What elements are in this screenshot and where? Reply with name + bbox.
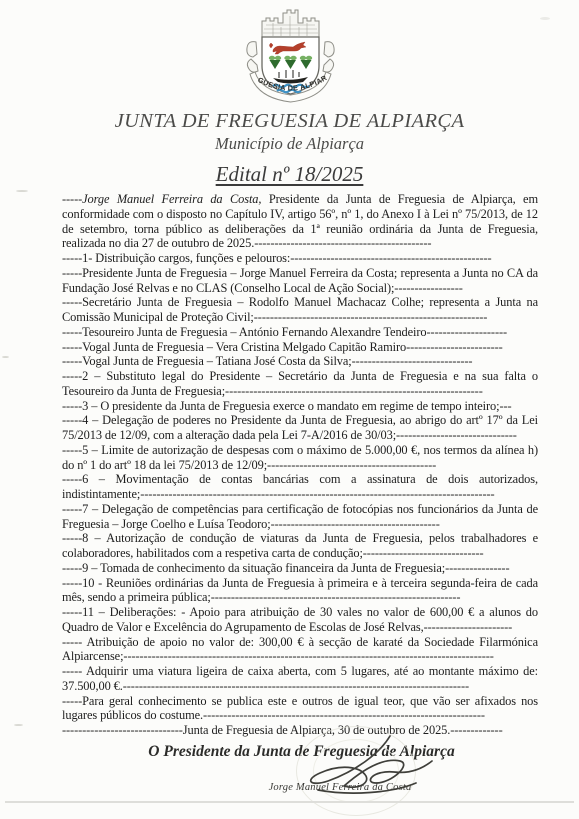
grape-bunches-icon <box>268 56 311 69</box>
municipality-name: Município de Alpiarça <box>0 134 579 153</box>
paragraph: -----9 – Tomada de conhecimento da situa… <box>62 561 538 576</box>
signer-name-inline: -----Jorge Manuel Ferreira da Costa, <box>62 192 261 206</box>
mural-crown-icon <box>262 10 319 37</box>
paragraph: -----3 – O presidente da Junta de Fregue… <box>62 399 538 414</box>
scan-edge-line <box>5 801 574 803</box>
coat-of-arms-graphic: FREGUESIA DE ALPIARÇA <box>229 4 351 106</box>
paragraph: -----Tesoureiro Junta de Freguesia – Ant… <box>62 325 538 340</box>
paragraph: -----11 – Deliberações: - Apoio para atr… <box>62 605 538 635</box>
signature-icon <box>262 733 448 805</box>
paragraph: -----7 – Delegação de competências para … <box>62 502 538 532</box>
document-body: -----Jorge Manuel Ferreira da Costa, Pre… <box>62 192 538 738</box>
paragraph: -----1- Distribuição cargos, funções e p… <box>62 251 538 266</box>
scanned-edital-page: FREGUESIA DE ALPIARÇA JUNTA DE FREGUESIA… <box>0 0 579 819</box>
paragraph: -----Vogal Junta de Freguesia – Tatiana … <box>62 354 538 369</box>
signer-name: Jorge Manuel Ferreira da Costa <box>252 782 428 793</box>
scan-artifact <box>2 356 9 358</box>
scan-artifact <box>14 724 23 726</box>
paragraph: -----Secretário Junta de Freguesia – Rod… <box>62 295 538 325</box>
paragraph: -----8 – Autorização de condução de viat… <box>62 531 538 561</box>
paragraph: -----Para geral conhecimento se publica … <box>62 694 538 724</box>
coat-of-arms: FREGUESIA DE ALPIARÇA <box>229 4 351 106</box>
handwritten-signature <box>262 733 448 805</box>
paragraph-intro: -----Jorge Manuel Ferreira da Costa, Pre… <box>62 192 538 251</box>
org-name: JUNTA DE FREGUESIA DE ALPIARÇA <box>0 110 579 133</box>
paragraph: -----10 - Reuniões ordinárias da Junta d… <box>62 576 538 606</box>
paragraph: -----Vogal Junta de Freguesia – Vera Cri… <box>62 340 538 355</box>
scan-artifact <box>540 17 550 20</box>
edital-title: Edital nº 18/2025 <box>216 162 364 187</box>
document-header: JUNTA DE FREGUESIA DE ALPIARÇA Município… <box>0 110 579 187</box>
scan-artifact <box>16 190 28 192</box>
paragraph: -----4 – Delegação de poderes no Preside… <box>62 413 538 443</box>
paragraph: -----Presidente Junta de Freguesia – Jor… <box>62 266 538 296</box>
paragraph: -----6 – Movimentação de contas bancária… <box>62 472 538 502</box>
paragraph: ----- Atribuição de apoio no valor de: 3… <box>62 635 538 665</box>
paragraph: ----- Adquirir uma viatura ligeira de ca… <box>62 664 538 694</box>
paragraph: -----2 – Substituto legal do Presidente … <box>62 369 538 399</box>
paragraph: -----5 – Limite de autorização de despes… <box>62 443 538 473</box>
